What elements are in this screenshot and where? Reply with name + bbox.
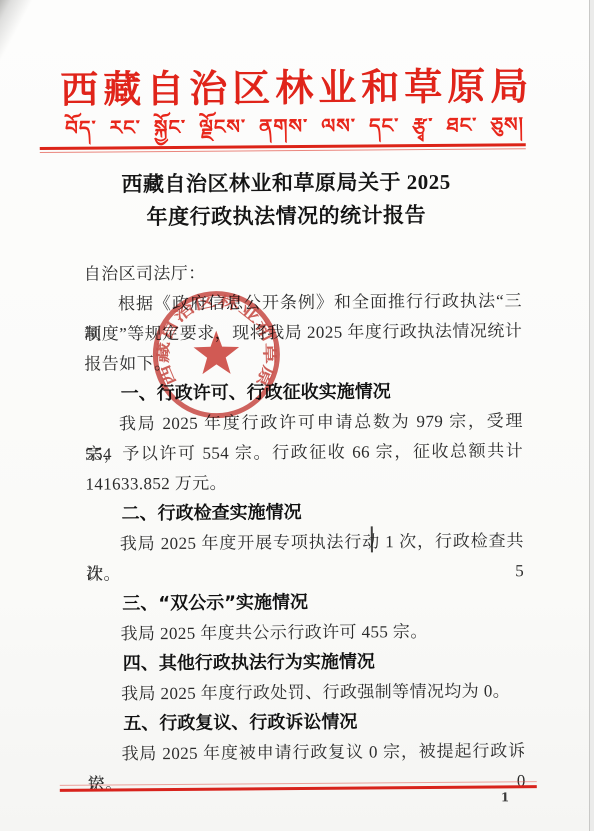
page-content: 西藏自治区林业和草原局 བོད་ རང་ སྐྱོང་ ལྗོངས་ ནགས་ …	[0, 0, 594, 831]
section-heading: 二、行政检查实施情况	[86, 496, 524, 529]
body-line: 根据《政府信息公开条例》和全面推行行政执法“三项	[84, 286, 522, 319]
document-title: 西藏自治区林业和草原局关于 2025 年度行政执法情况的统计报告	[0, 165, 574, 236]
body-line: 制度”等规定要求，现将我局 2025 年度行政执法情况统计	[84, 316, 522, 349]
body-line: 我局 2025 年度被申请行政复议 0 宗，被提起行政诉讼 0	[87, 736, 525, 769]
body-line: 我局 2025 年度行政处罚、行政强制等情况均为 0。	[87, 676, 525, 709]
section-heading: 一、行政许可、行政征收实施情况	[85, 376, 523, 409]
section-heading: 五、行政复议、行政诉讼情况	[87, 706, 525, 739]
body-line: 141633.852 万元。	[85, 466, 523, 499]
body-line: 我局 2025 年度行政许可申请总数为 979 宗，受理 554	[85, 406, 523, 439]
letterhead-org-name-tibetan: བོད་ རང་ སྐྱོང་ ལྗོངས་ ནགས་ ལས་ དང་ རྩྭ་…	[0, 102, 592, 163]
scanned-document: { "page": { "letterhead": { "org_name_cn…	[0, 0, 594, 831]
body-line: 我局 2025 年度开展专项执法行动 1 次，行政检查共计 5	[86, 526, 524, 559]
section-heading: 四、其他行政执法行为实施情况	[87, 646, 525, 679]
body-line: 报告如下。	[84, 346, 522, 379]
page-number: 1	[501, 790, 509, 804]
document-title-line-1: 西藏自治区林业和草原局关于 2025	[0, 165, 574, 203]
section-heading: 三、“双公示”实施情况	[86, 586, 524, 619]
document-title-line-2: 年度行政执法情况的统计报告	[0, 198, 574, 236]
salutation: 自治区司法厅：	[84, 256, 522, 289]
scan-artifact-mark	[371, 526, 373, 552]
document-body: 自治区司法厅：根据《政府信息公开条例》和全面推行行政执法“三项制度”等规定要求，…	[84, 256, 526, 799]
body-line: 宗，予以许可 554 宗。行政征收 66 宗，征收总额共计	[85, 436, 523, 469]
body-line: 我局 2025 年度共公示行政许可 455 宗。	[86, 616, 524, 649]
